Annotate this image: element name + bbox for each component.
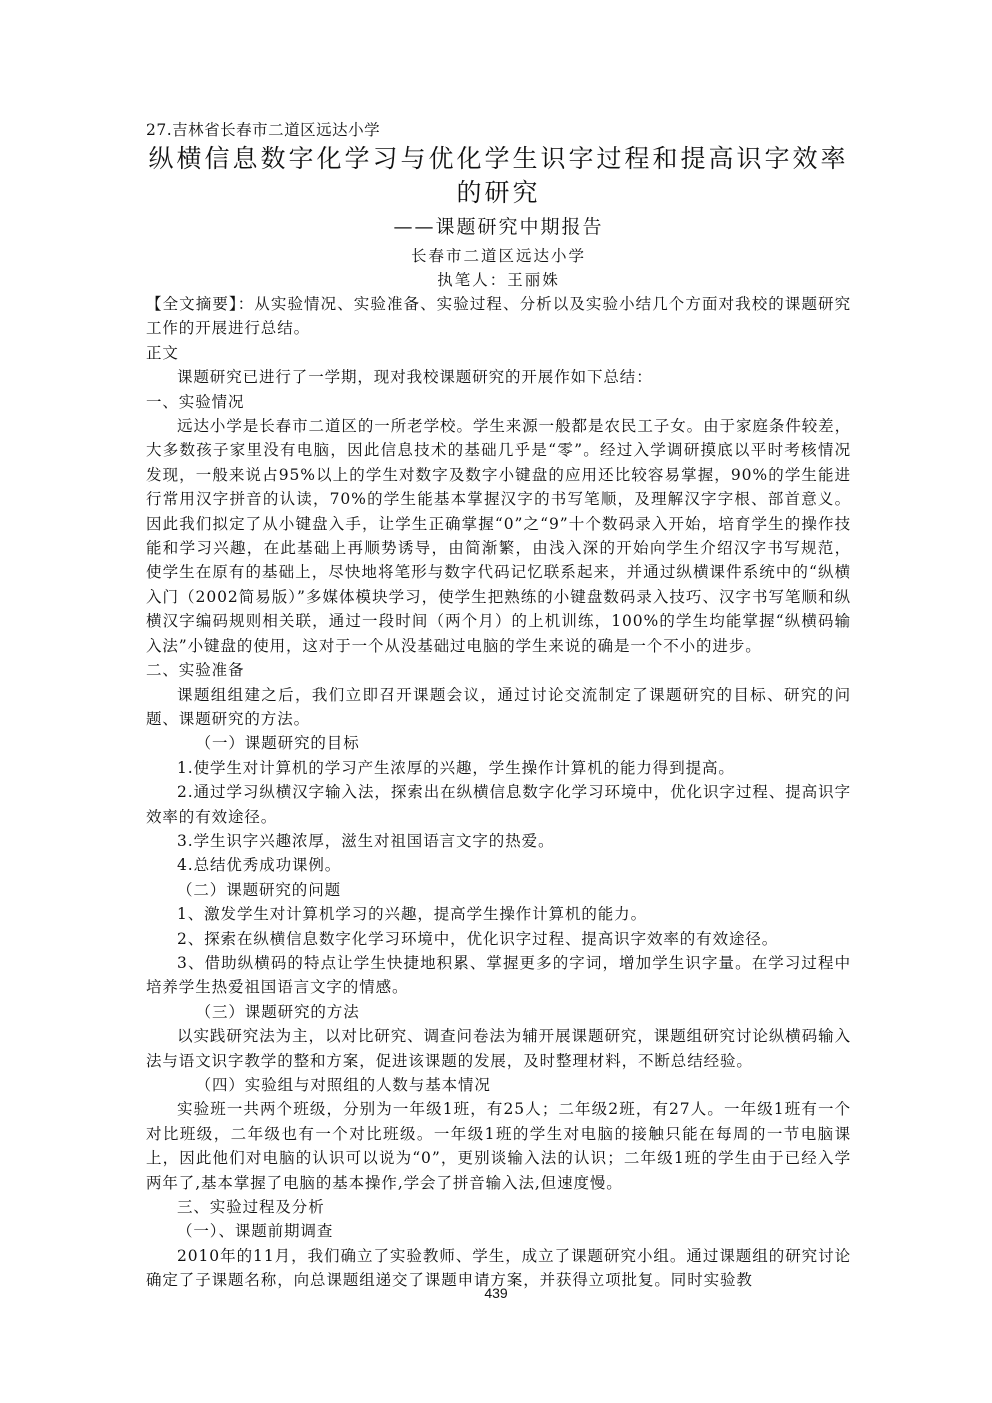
document-header: 27.吉林省长春市二道区远达小学	[146, 118, 851, 142]
title-line-1: 纵横信息数字化学习与优化学生识字过程和提高识字效率	[146, 142, 851, 176]
section-2-paragraph: 课题组组建之后，我们立即召开课题会议，通过讨论交流制定了课题研究的目标、研究的问…	[146, 683, 851, 732]
body-label: 正文	[146, 341, 851, 365]
section-3-sub1-heading: （一）、课题前期调查	[146, 1219, 851, 1243]
section-2-sub4-heading: （四）实验组与对照组的人数与基本情况	[146, 1073, 851, 1097]
document-page: 27.吉林省长春市二道区远达小学 纵横信息数字化学习与优化学生识字过程和提高识字…	[146, 118, 851, 1293]
section-2-heading: 二、实验准备	[146, 658, 851, 682]
section-2-sub3-heading: （三）课题研究的方法	[146, 1000, 851, 1024]
section-2-sub1-heading: （一）课题研究的目标	[146, 731, 851, 755]
title-line-2: 的研究	[146, 176, 851, 210]
school-name: 长春市二道区远达小学	[146, 244, 851, 268]
section-1-heading: 一、实验情况	[146, 390, 851, 414]
section-2-sub4-paragraph: 实验班一共两个班级，分别为一年级1班，有25人；二年级2班，有27人。一年级1班…	[146, 1097, 851, 1195]
author: 执笔人：王丽姝	[146, 268, 851, 292]
subtitle: ——课题研究中期报告	[146, 210, 851, 244]
section-1-paragraph: 远达小学是长春市二道区的一所老学校。学生来源一般都是农民工子女。由于家庭条件较差…	[146, 414, 851, 658]
section-2-sub2-heading: （二）课题研究的问题	[146, 878, 851, 902]
goal-item: 2.通过学习纵横汉字输入法，探索出在纵横信息数字化学习环境中，优化识字过程、提高…	[146, 780, 851, 829]
page-number: 439	[0, 1285, 992, 1301]
section-3-heading: 三、实验过程及分析	[146, 1195, 851, 1219]
goal-item: 3.学生识字兴趣浓厚，滋生对祖国语言文字的热爱。	[146, 829, 851, 853]
problem-item: 3、借助纵横码的特点让学生快捷地积累、掌握更多的字词，增加学生识字量。在学习过程…	[146, 951, 851, 1000]
problem-item: 1、激发学生对计算机学习的兴趣，提高学生操作计算机的能力。	[146, 902, 851, 926]
problem-item: 2、探索在纵横信息数字化学习环境中，优化识字过程、提高识字效率的有效途径。	[146, 927, 851, 951]
section-2-sub3-paragraph: 以实践研究法为主，以对比研究、调查问卷法为辅开展课题研究，课题组研究讨论纵横码输…	[146, 1024, 851, 1073]
intro-paragraph: 课题研究已进行了一学期，现对我校课题研究的开展作如下总结：	[146, 365, 851, 389]
goal-item: 4.总结优秀成功课例。	[146, 853, 851, 877]
goal-item: 1.使学生对计算机的学习产生浓厚的兴趣，学生操作计算机的能力得到提高。	[146, 756, 851, 780]
abstract: 【全文摘要】：从实验情况、实验准备、实验过程、分析以及实验小结几个方面对我校的课…	[146, 292, 851, 341]
